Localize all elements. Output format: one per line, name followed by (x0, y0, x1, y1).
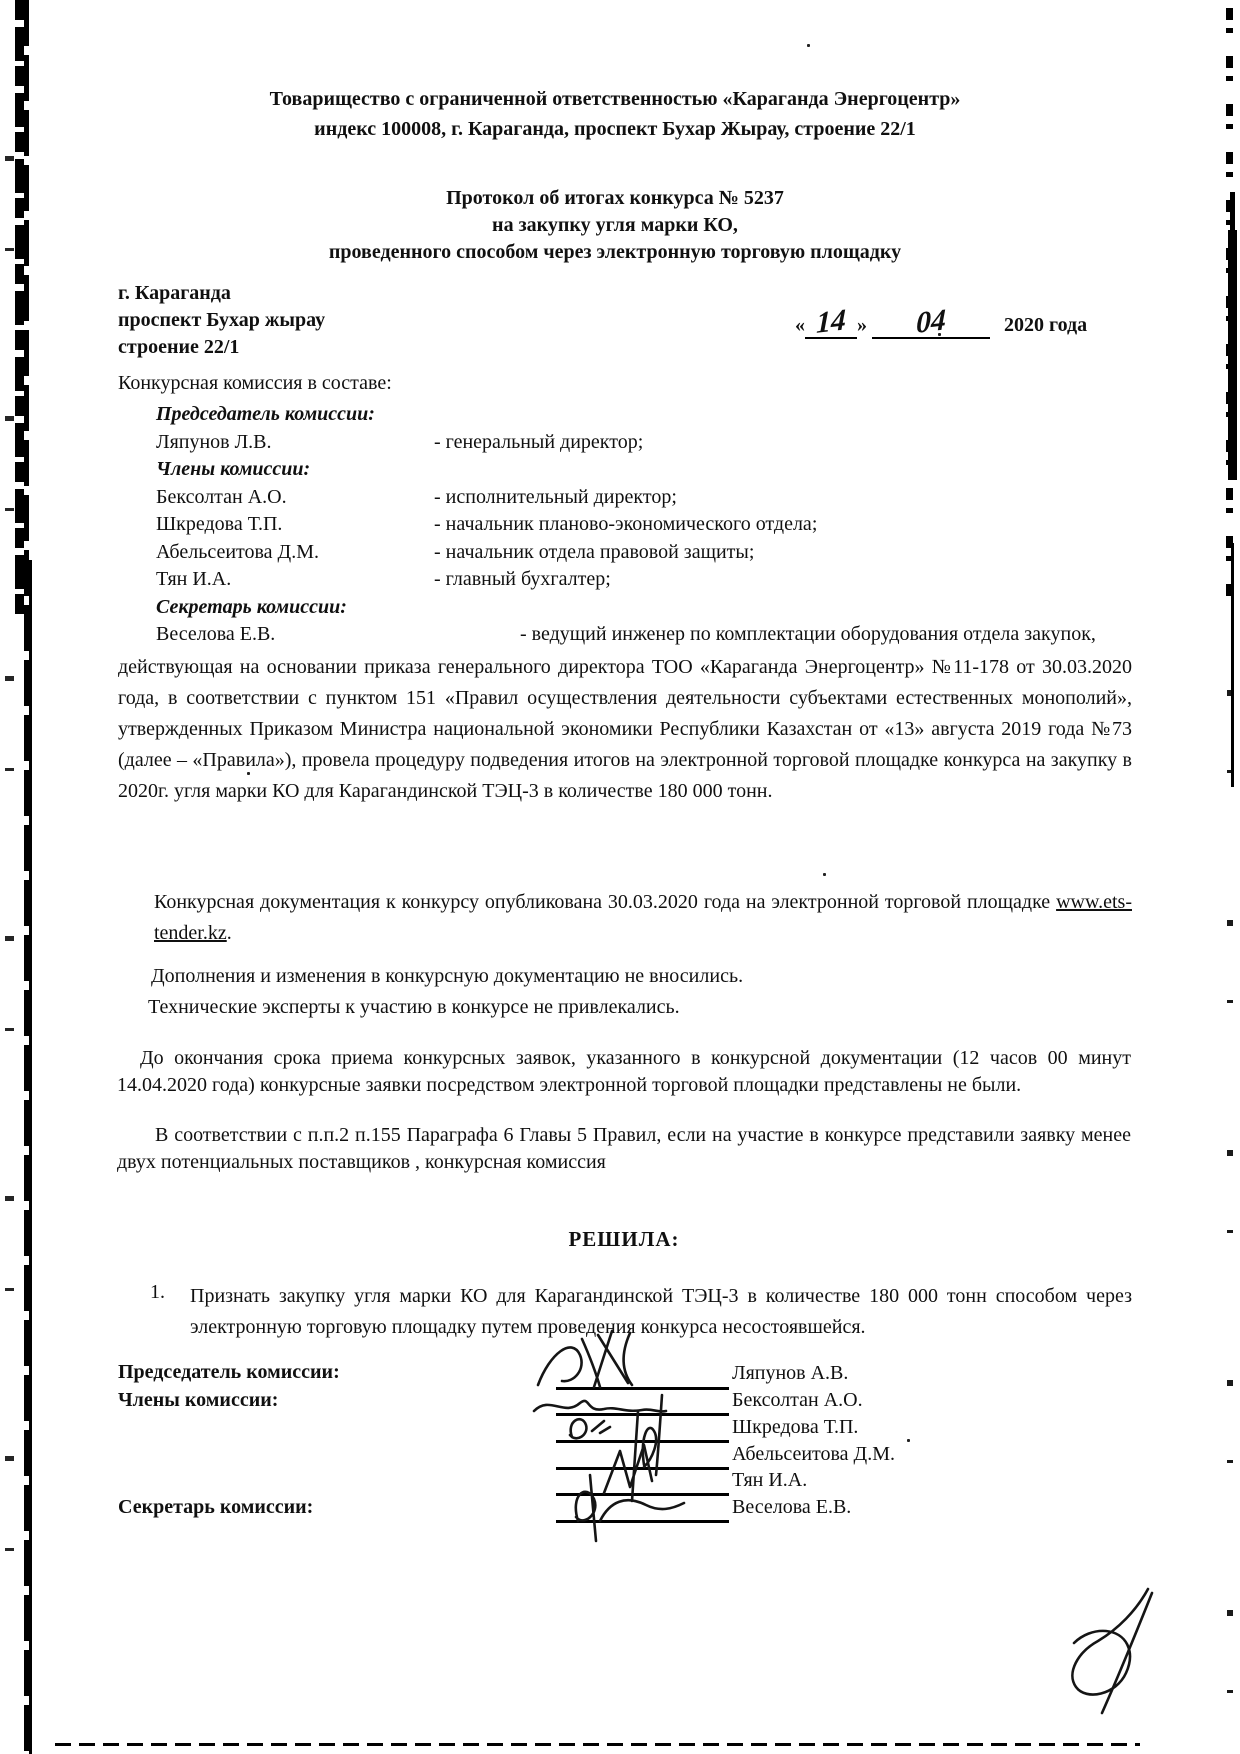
role-heading-secretary: Секретарь комиссии: (156, 594, 1136, 622)
commission-member-row: Шкредова Т.П. - начальник планово-эконом… (156, 511, 1136, 539)
commission-member-row: Ляпунов Л.В. - генеральный директор; (156, 429, 1136, 457)
member-title: - начальник планово-экономического отдел… (434, 511, 817, 539)
paraph-mark (1060, 1585, 1170, 1725)
paragraph-rules-reference: В соответствии с п.п.2 п.155 Параграфа 6… (117, 1122, 1131, 1176)
place-city: г. Караганда (118, 280, 325, 307)
publication-text: Конкурсная документация к конкурсу опубл… (154, 891, 1056, 913)
member-title: - генеральный директор; (434, 429, 643, 457)
date-year: 2020 года (1004, 314, 1087, 336)
signature-stroke-member-2 (570, 1419, 610, 1438)
chairman-label: Председатель комиссии: (118, 1361, 340, 1384)
member-name: Веселова Е.В. (156, 621, 520, 649)
paragraph-no-bids: До окончания срока приема конкурсных зая… (117, 1045, 1131, 1099)
scan-artifact-bottom-line (55, 1743, 1140, 1746)
scan-speck (823, 873, 826, 876)
date-open-quote: « (795, 314, 805, 336)
handwritten-signatures (520, 1325, 760, 1555)
scan-speck (807, 44, 810, 47)
paraph-diagonal (1102, 1593, 1152, 1713)
commission-list: Председатель комиссии: Ляпунов Л.В. - ге… (156, 401, 1136, 649)
org-header: Товарищество с ограниченной ответственно… (95, 84, 1135, 144)
paragraph-legal-basis: действующая на основании приказа генерал… (118, 652, 1132, 807)
handwritten-day: 14 (816, 310, 846, 334)
date-month-blank: 04 (872, 312, 990, 339)
paragraph-no-experts: Технические эксперты к участию в конкурс… (148, 992, 1128, 1023)
commission-member-row: Бексолтан А.О. - исполнительный директор… (156, 484, 1136, 512)
scan-artifact-left-ticks (5, 60, 14, 1660)
paragraph-publication: Конкурсная документация к конкурсу опубл… (154, 887, 1132, 949)
role-heading-members: Члены комиссии: (156, 456, 1136, 484)
document-title: Протокол об итогах конкурса № 5237 на за… (95, 185, 1135, 266)
title-line-2: на закупку угля марки КО, (95, 212, 1135, 239)
scanned-document-page: Товарищество с ограниченной ответственно… (0, 0, 1240, 1754)
title-line-3: проведенного способом через электронную … (95, 239, 1135, 266)
member-title: - начальник отдела правовой защиты; (434, 539, 754, 567)
date-close-quote: » (857, 314, 867, 336)
signature-stroke-member-1 (534, 1401, 666, 1412)
place-block: г. Караганда проспект Бухар жырау строен… (118, 280, 325, 361)
publication-period: . (227, 922, 232, 944)
place-building: строение 22/1 (118, 334, 325, 361)
place-street: проспект Бухар жырау (118, 307, 325, 334)
member-name: Бексолтан А.О. (156, 484, 434, 512)
scan-artifact-left-strip (15, 0, 24, 620)
date-line: «14» 042020 года (795, 312, 1087, 339)
commission-intro: Конкурсная комиссия в составе: (118, 372, 392, 395)
resolution-heading: РЕШИЛА: (117, 1227, 1131, 1252)
paraph-loop (1072, 1589, 1148, 1695)
signature-stroke-member-4 (604, 1411, 652, 1501)
signature-stroke-member-3 (643, 1395, 662, 1475)
commission-member-row: Абельсеитова Д.М. - начальник отдела пра… (156, 539, 1136, 567)
org-address-line: индекс 100008, г. Караганда, проспект Бу… (95, 114, 1135, 144)
member-name: Ляпунов Л.В. (156, 429, 434, 457)
member-name: Шкредова Т.П. (156, 511, 434, 539)
commission-member-row: Тян И.А. - главный бухгалтер; (156, 566, 1136, 594)
member-name: Тян И.А. (156, 566, 434, 594)
commission-member-row: Веселова Е.В. - ведущий инженер по компл… (156, 621, 1136, 649)
date-day-blank: 14 (805, 312, 857, 339)
member-title: - ведущий инженер по комплектации оборуд… (520, 621, 1096, 649)
paragraph-no-amendments: Дополнения и изменения в конкурсную доку… (151, 961, 1131, 992)
resolution-item-number: 1. (150, 1281, 165, 1304)
secretary-label: Секретарь комиссии: (118, 1496, 313, 1519)
member-name: Абельсеитова Д.М. (156, 539, 434, 567)
title-line-1: Протокол об итогах конкурса № 5237 (95, 185, 1135, 212)
member-title: - исполнительный директор; (434, 484, 677, 512)
org-name-line: Товарищество с ограниченной ответственно… (95, 84, 1135, 114)
scan-artifact-right-bar (1228, 230, 1237, 480)
scan-artifact-left-line (29, 560, 32, 1754)
members-label: Члены комиссии: (118, 1389, 278, 1412)
scan-artifact-right-dashes-bottom (1227, 620, 1233, 1720)
member-title: - главный бухгалтер; (434, 566, 611, 594)
handwritten-month: 04 (916, 310, 946, 334)
scan-speck (907, 1439, 910, 1442)
role-heading-chairman: Председатель комиссии: (156, 401, 1136, 429)
signature-stroke-chairman (538, 1331, 632, 1387)
